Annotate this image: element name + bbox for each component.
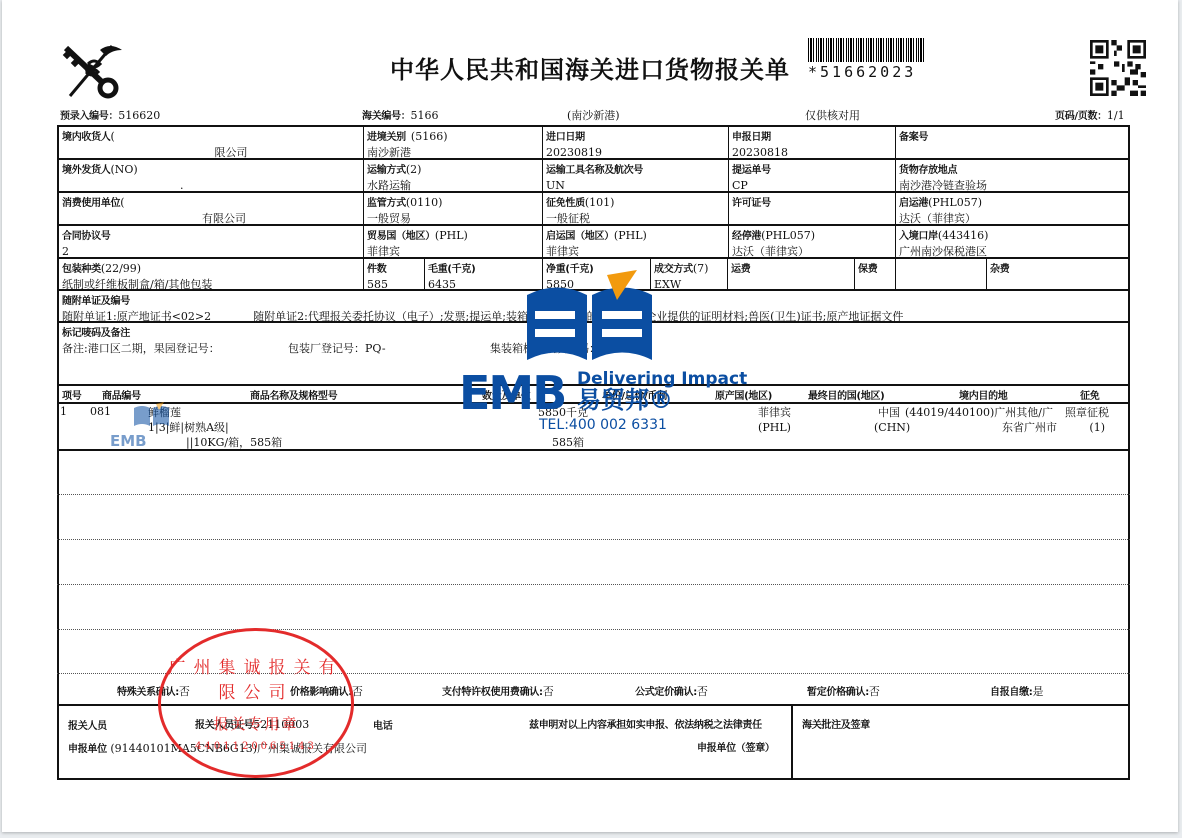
emb-small-logo-icon	[132, 402, 172, 430]
self-report-pay: 自报自缴:是	[990, 683, 1044, 699]
field-consignee: 境内收货人( 限公司	[59, 126, 363, 161]
customs-number: 海关编号：5166	[362, 107, 439, 122]
emb-watermark-small: EMB	[110, 402, 185, 452]
pre-entry-number: 预录入编号：516620	[60, 107, 160, 122]
goods-col-domestic: 境内目的地	[959, 387, 1008, 402]
customs-declaration-page: 中华人民共和国海关进口货物报关单 *51662023 预录入编号：516620 …	[2, 0, 1178, 832]
qr-code-icon	[1090, 40, 1146, 96]
confirm-royalty: 支付特许权使用费确认:否	[442, 683, 554, 699]
goods-col-item: 项号	[62, 387, 81, 402]
declarer-label: 报关人员	[68, 717, 107, 732]
field-misc: 杂费	[987, 258, 1128, 278]
goods-origin: 菲律宾 (PHL)	[758, 405, 791, 435]
field-bill-no: 提运单号 CP	[729, 159, 895, 194]
field-supervision: 监管方式(0110) 一般贸易	[364, 192, 542, 227]
goods-destination: 中国 (CHN)	[852, 405, 910, 435]
field-pieces: 件数 585	[364, 258, 424, 293]
field-entry-port: 入境口岸(443416) 广州南沙保税港区	[896, 225, 1128, 260]
goods-domestic-destination: (44019/440100)广州其他/广 东省广州市	[905, 405, 1057, 435]
legal-statement: 兹申明对以上内容承担如实申报、依法纳税之法律责任	[529, 716, 762, 731]
goods-levy: 照章征税 (1)	[1065, 405, 1109, 435]
goods-col-levy: 征免	[1080, 387, 1099, 402]
barcode-number: *51662023	[808, 63, 916, 81]
page-count: 页码/页数：1/1	[1055, 107, 1125, 122]
field-license: 许可证号	[729, 192, 895, 212]
verification-notice: 仅供核对用	[805, 107, 860, 123]
unit-signature-label: 申报单位（签章）	[697, 739, 775, 754]
company-seal: 广州集诚报关有限公司 报关专用章 4401120065143	[158, 628, 354, 778]
field-departure-country: 启运国（地区）(PHL) 菲律宾	[543, 225, 728, 260]
field-contract: 合同协议号 2	[59, 225, 363, 260]
goods-col-code: 商品编号	[102, 387, 141, 402]
barcode	[808, 38, 926, 62]
field-departure-port: 启运港(PHL057) 达沃（菲律宾）	[896, 192, 1128, 227]
field-vessel: 运输工具名称及航次号 UN	[543, 159, 728, 194]
field-import-date: 进口日期 20230819	[543, 126, 728, 161]
confirm-formula-pricing: 公式定价确认:否	[635, 683, 708, 699]
field-transport-mode: 运输方式(2) 水路运输	[364, 159, 542, 194]
field-levy-nature: 征免性质(101) 一般征税	[543, 192, 728, 227]
phone-label: 电话	[373, 717, 392, 732]
emb-watermark: EMB Delivering Impact 易贸邦® TEL:400 002 6…	[457, 265, 757, 440]
field-declare-date: 申报日期 20230818	[729, 126, 895, 161]
field-insurance: 保费	[855, 258, 986, 278]
customs-signature-label: 海关批注及签章	[802, 716, 870, 731]
document-title: 中华人民共和国海关进口货物报关单	[390, 50, 790, 85]
field-transit-port: 经停港(PHL057) 达沃（菲律宾）	[729, 225, 895, 260]
customs-emblem-icon	[60, 40, 126, 102]
field-record-no: 备案号	[896, 126, 1128, 146]
field-trade-country: 贸易国（地区）(PHL) 菲律宾	[364, 225, 542, 260]
field-storage: 货物存放地点 南沙港冷链查验场	[896, 159, 1128, 194]
goods-col-name: 商品名称及规格型号	[250, 387, 337, 402]
field-consumer: 消费使用单位( 有限公司	[59, 192, 363, 227]
confirm-provisional-price: 暂定价格确认:否	[807, 683, 880, 699]
field-package-type: 包装种类(22/99) 纸制或纤维板制盒/箱/其他包装	[59, 258, 363, 293]
field-entry-customs: 进境关别 (5166) 南沙新港	[364, 126, 542, 161]
port-name: (南沙新港)	[567, 107, 620, 123]
goods-col-destination: 最终目的国(地区)	[808, 387, 884, 402]
field-shipper: 境外发货人(NO) .	[59, 159, 363, 194]
